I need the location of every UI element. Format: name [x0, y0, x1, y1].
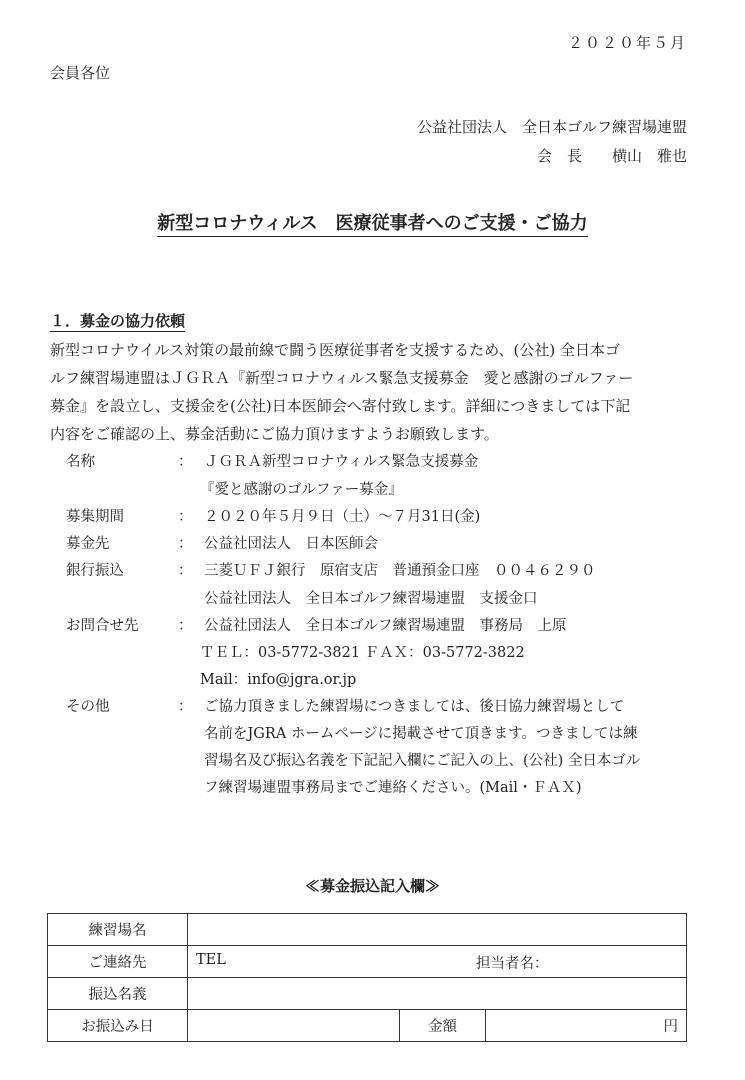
detail-value-continued: ＴＥＬ：03-5772-3821 ＦＡＸ：03-5772-3822 [200, 643, 525, 663]
detail-value-continued: フ練習場連盟事務局までご連絡ください。(Mail・ＦＡＸ) [204, 778, 582, 798]
document-date: ２０２０年５月 [568, 34, 687, 52]
detail-label: 銀行振込 [66, 561, 166, 581]
account-name-label: 振込名義 [48, 978, 188, 1010]
detail-colon: ： [178, 452, 193, 472]
detail-label: 名称 [66, 452, 166, 472]
range-name-label: 練習場名 [48, 914, 188, 946]
contact-field[interactable]: TEL 担当者名： [188, 946, 687, 978]
detail-value: 公益社団法人 日本医師会 [204, 534, 378, 554]
amount-label: 金額 [400, 1010, 486, 1042]
detail-value-continued: 公益社団法人 全日本ゴルフ練習場連盟 支援金口 [204, 589, 538, 609]
detail-colon: ： [178, 616, 193, 636]
detail-value-continued: 習場名及び振込名義を下記記入欄にご記入の上、(公社) 全日本ゴル [204, 751, 640, 771]
form-row-contact: ご連絡先 TEL 担当者名： [48, 946, 687, 978]
intro-line: 募金』を設立し、支援金を(公社)日本医師会へ寄付致します。詳細につきましては下記 [50, 392, 690, 420]
page-title: 新型コロナウィルス 医療従事者へのご支援・ご協力 [0, 212, 745, 236]
detail-colon: ： [178, 697, 193, 717]
range-name-field[interactable] [188, 914, 687, 946]
donation-form-table: 練習場名 ご連絡先 TEL 担当者名： 振込名義 お振込み日 金額 円 [47, 913, 687, 1042]
detail-value-continued: 名前をJGRA ホームページに掲載させて頂きます。つきましては練 [204, 724, 637, 744]
transfer-date-field[interactable] [188, 1010, 400, 1042]
addressee: 会員各位 [50, 64, 110, 82]
detail-value: ＪＧＲＡ新型コロナウィルス緊急支援募金 [204, 452, 478, 472]
transfer-date-label: お振込み日 [48, 1010, 188, 1042]
president-title: 会 長 [537, 147, 582, 165]
detail-colon: ： [178, 507, 193, 527]
detail-label: 募金先 [66, 534, 166, 554]
detail-value: 公益社団法人 全日本ゴルフ練習場連盟 事務局 上原 [204, 616, 567, 636]
detail-label: その他 [66, 697, 166, 717]
detail-colon: ： [178, 561, 193, 581]
detail-label: お問合せ先 [66, 616, 166, 636]
form-row-account-name: 振込名義 [48, 978, 687, 1010]
person-in-charge-label: 担当者名： [476, 952, 549, 973]
yen-unit: 円 [664, 1019, 679, 1035]
account-name-field[interactable] [188, 978, 687, 1010]
tel-label: TEL [196, 952, 226, 968]
intro-line: 内容をご確認の上、募金活動にご協力頂けますようお願致します。 [50, 420, 690, 448]
section-heading: １．募金の協力依頼 [50, 311, 185, 331]
detail-value: ご協力頂きました練習場につきましては、後日協力練習場として [204, 697, 624, 717]
intro-line: ルフ練習場連盟はＪＧＲＡ『新型コロナウィルス緊急支援募金 愛と感謝のゴルファー [50, 364, 690, 392]
contact-email[interactable]: Mail：info@jgra.or.jp [200, 670, 356, 690]
detail-value: 三菱ＵＦＪ銀行 原宿支店 普通預金口座 ００４６２９０ [204, 561, 596, 581]
form-row-transfer: お振込み日 金額 円 [48, 1010, 687, 1042]
form-row-range-name: 練習場名 [48, 914, 687, 946]
form-title: ≪募金振込記入欄≫ [0, 876, 745, 896]
intro-paragraph: 新型コロナウイルス対策の最前線で闘う医療従事者を支援するため、(公社) 全日本ゴ… [50, 336, 690, 448]
detail-colon: ： [178, 534, 193, 554]
amount-field[interactable]: 円 [486, 1010, 687, 1042]
detail-label: 募集期間 [66, 507, 166, 527]
detail-value-continued: 『愛と感謝のゴルファー募金』 [200, 480, 403, 500]
sender-organization: 公益社団法人 全日本ゴルフ練習場連盟 [417, 118, 687, 136]
contact-label: ご連絡先 [48, 946, 188, 978]
intro-line: 新型コロナウイルス対策の最前線で闘う医療従事者を支援するため、(公社) 全日本ゴ [50, 336, 690, 364]
president-name: 横山 雅也 [612, 147, 687, 165]
detail-value: ２０２０年５月９日（土）～７月31日(金) [204, 507, 480, 527]
sender-president: 会 長 横山 雅也 [537, 147, 687, 165]
